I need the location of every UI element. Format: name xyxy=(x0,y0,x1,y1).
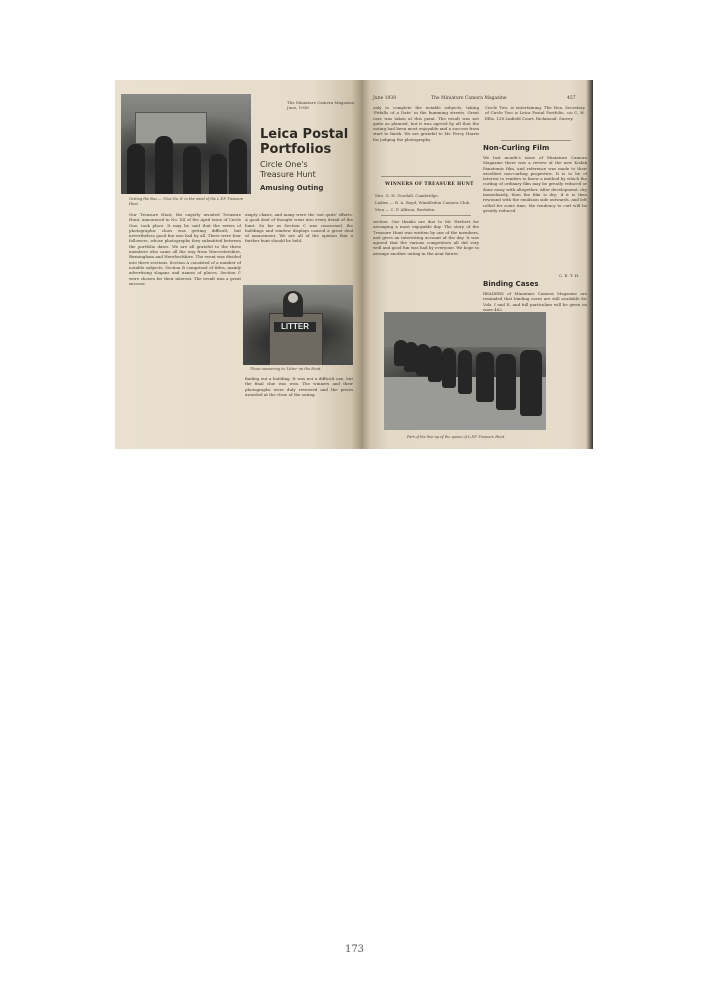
right-page: June 1938 The Miniature Camera Magazine … xyxy=(361,80,593,449)
photo-bus-street xyxy=(121,94,251,194)
body-mid-left: section. Our thanks are due to Mr. Herbe… xyxy=(373,219,479,307)
winner-item: Mrs. G. H. Goodall, Cambridge. xyxy=(375,192,479,199)
body-column-1: Our Treasure Hunt, the eagerly awaited T… xyxy=(129,212,241,427)
left-page: Getting the Bus — 'Clue No. 8' in the mi… xyxy=(115,80,361,449)
article-byline: Amusing Outing xyxy=(260,184,323,192)
body-column-3: finding out a building. It was not a dif… xyxy=(245,376,353,428)
running-head-page: 457 xyxy=(567,96,576,101)
photo-litter-bin: LITTER xyxy=(243,285,353,365)
page-number: 173 xyxy=(0,944,709,955)
litter-bin-shape xyxy=(269,313,323,365)
winners-box-title: WINNERS OF TREASURE HUNT xyxy=(385,182,474,187)
photo-queue-caption: Part of the line-up of the queue of L.P.… xyxy=(407,435,537,440)
winners-list: Mrs. G. H. Goodall, Cambridge. Ladies — … xyxy=(375,192,479,213)
litter-sign: LITTER xyxy=(274,322,316,332)
running-head-title: The Miniature Camera Magazine xyxy=(431,96,507,101)
body-top-right: Circle Two, is entertaining. The Hon. Se… xyxy=(485,105,585,137)
divider xyxy=(381,176,471,177)
section-title-binding-cases: Binding Cases xyxy=(483,280,539,288)
body-column-2: empty chairs, and many were the 'not qui… xyxy=(245,212,353,280)
photo-queue-line xyxy=(384,312,546,430)
photo-bus-caption: Getting the Bus — 'Clue No. 8' in the mi… xyxy=(129,197,249,206)
section-title-non-curling-film: Non-Curling Film xyxy=(483,144,549,152)
winner-item: Men — C. P. Allison, Rushden. xyxy=(375,206,479,213)
divider xyxy=(501,140,571,141)
body-top-left: only to complete the notable subjects, t… xyxy=(373,105,479,173)
scanned-magazine-spread: Getting the Bus — 'Clue No. 8' in the mi… xyxy=(115,80,593,449)
body-non-curling-film: We last month's issue of Miniature Camer… xyxy=(483,155,587,271)
winner-item: Ladies — R. A. Boyd, Wimbledon Camera Cl… xyxy=(375,199,479,206)
article-subtitle: Circle One's Treasure Hunt xyxy=(260,160,340,180)
body-binding-cases: READERS of Miniature Camera Magazine are… xyxy=(483,291,587,311)
reprint-note: The Miniature Camera Magazine, June, 193… xyxy=(287,100,357,110)
running-head-date: June 1938 xyxy=(373,96,396,101)
signoff-initials: C. E. T. H. xyxy=(559,273,579,278)
photo-litter-caption: Those answering to 'Litter' on the Hunt. xyxy=(250,367,350,372)
divider xyxy=(381,215,471,216)
article-title: Leica Postal Portfolios xyxy=(260,127,350,157)
